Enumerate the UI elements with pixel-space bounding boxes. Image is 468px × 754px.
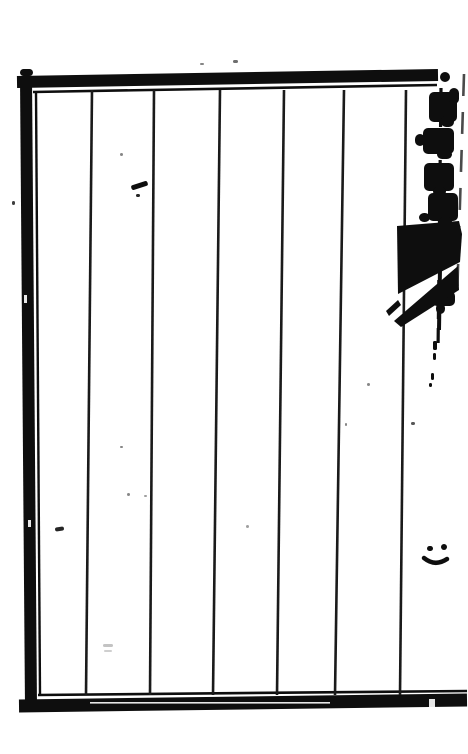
stray-dot (136, 194, 140, 197)
title-blob-2 (415, 134, 425, 146)
paper-nick (90, 702, 330, 704)
page-scan-canvas (0, 0, 468, 754)
stray-dot (233, 60, 238, 63)
stray-dot (345, 423, 347, 426)
stray-dot (440, 72, 450, 82)
top-border-bar (17, 75, 438, 82)
scanned-page: Blank ruled leaf of a scanned traditiona… (0, 0, 468, 754)
stray-dash (55, 526, 64, 531)
stray-dot (200, 63, 204, 65)
ink-blot-dot (431, 373, 434, 380)
paper-nick (24, 295, 27, 303)
title-blob-2 (423, 128, 454, 154)
paper-nick (429, 699, 435, 708)
right-edge-rule (457, 74, 464, 300)
smudge-arc (424, 558, 447, 563)
column-rule-4 (277, 90, 284, 695)
column-rule-6 (400, 90, 406, 695)
stray-dot (367, 383, 370, 386)
stray-dot (20, 69, 33, 76)
stray-dot (427, 546, 433, 551)
stray-dot (103, 644, 113, 647)
stray-dot (12, 201, 15, 205)
stray-dot (441, 544, 447, 550)
column-rule-5 (335, 90, 344, 695)
left-border-bar (26, 78, 31, 708)
title-blob-2 (437, 150, 452, 159)
stray-dot (120, 446, 123, 448)
ink-blot-tail-line (439, 268, 440, 330)
ink-blot-dash (386, 300, 401, 316)
stray-dot (104, 650, 112, 652)
column-rules (86, 90, 406, 695)
ink-blot-dot (429, 383, 432, 387)
title-blob-4 (419, 213, 430, 222)
title-blob-1 (449, 88, 459, 104)
ink-blot-dot (433, 341, 437, 350)
page-frame (17, 75, 467, 708)
stray-dash (131, 180, 149, 190)
title-blob-4 (428, 193, 458, 221)
left-inner-rule (36, 92, 40, 695)
column-rule-3 (213, 90, 220, 695)
column-rule-2 (150, 90, 154, 695)
stray-dot (120, 153, 123, 156)
stray-dot (411, 422, 415, 425)
ink-blot-dot (433, 353, 436, 360)
stray-dot (246, 525, 249, 528)
title-blob-1 (441, 116, 454, 127)
stray-dot (144, 495, 147, 497)
title-blob-3 (424, 163, 454, 191)
stray-ink-marks (12, 60, 450, 652)
paper-nick (28, 520, 31, 527)
column-rule-1 (86, 90, 92, 695)
stray-dot (127, 493, 130, 496)
